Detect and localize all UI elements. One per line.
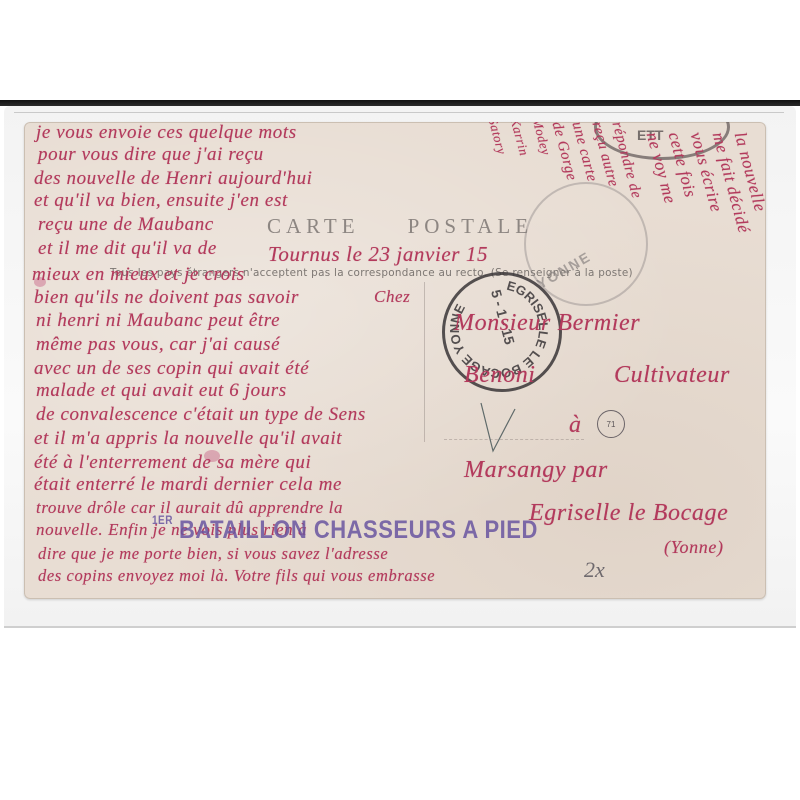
printed-title-carte: CARTE bbox=[267, 214, 360, 238]
regiment-stamp-text: BATAILLON CHASSEURS A PIED bbox=[179, 515, 538, 544]
dateline: Tournus le 23 janvier 15 bbox=[268, 242, 488, 267]
side-note-line: Karrin bbox=[507, 122, 533, 158]
message-line: ni henri ni Maubanc peut être bbox=[36, 310, 280, 332]
message-line: je vous envoie ces quelque mots bbox=[36, 122, 297, 144]
address-department: (Yonne) bbox=[664, 537, 724, 558]
message-line: était enterré le mardi dernier cela me bbox=[34, 474, 342, 496]
address-name: Monsieur Bermier bbox=[454, 310, 640, 337]
side-note-line: Satory bbox=[485, 122, 510, 156]
address-town: Marsangy par bbox=[464, 457, 608, 484]
address-prefix: Chez bbox=[374, 287, 410, 307]
message-line: des nouvelle de Henri aujourd'hui bbox=[34, 168, 313, 190]
message-line: pour vous dire que j'ai reçu bbox=[38, 144, 264, 166]
regiment-stamp: 1ERBATAILLON CHASSEURS A PIED bbox=[152, 515, 538, 545]
message-line: de convalescence c'était un type de Sens bbox=[36, 404, 366, 426]
message-line: été à l'enterrement de sa mère qui bbox=[34, 452, 311, 474]
message-line: avec un de ses copin qui avait été bbox=[34, 358, 309, 380]
pencil-check-mark bbox=[479, 397, 519, 457]
regiment-stamp-superscript: 1ER bbox=[152, 515, 173, 528]
printed-title: CARTEPOSTALE bbox=[267, 214, 533, 239]
address-first-name: Benoni bbox=[464, 362, 536, 389]
message-line: malade et qui avait eut 6 jours bbox=[36, 380, 287, 402]
ink-blot bbox=[34, 277, 46, 287]
address-district: Egriselle le Bocage bbox=[529, 500, 728, 527]
message-line: reçu une de Maubanc bbox=[38, 214, 214, 236]
circled-number: 71 bbox=[597, 410, 625, 438]
pencil-note: 2x bbox=[584, 557, 605, 583]
message-line: dire que je me porte bien, si vous savez… bbox=[38, 544, 388, 564]
message-line: et il me dit qu'il va de bbox=[38, 238, 217, 260]
ink-blot bbox=[204, 450, 220, 462]
postcard-back: YONNE ETT CARTEPOSTALE Tous les pays étr… bbox=[24, 122, 766, 599]
printed-title-postale: POSTALE bbox=[408, 214, 534, 238]
sleeve-fold-line bbox=[14, 112, 784, 113]
message-line: même pas vous, car j'ai causé bbox=[36, 334, 280, 356]
address-to: à bbox=[569, 412, 582, 439]
message-line: et il m'a appris la nouvelle qu'il avait bbox=[34, 428, 342, 450]
message-line: et qu'il va bien, ensuite j'en est bbox=[34, 190, 288, 212]
message-line: des copins envoyez moi là. Votre fils qu… bbox=[38, 566, 435, 586]
message-line: bien qu'ils ne doivent pas savoir bbox=[34, 287, 299, 309]
address-occupation: Cultivateur bbox=[614, 362, 730, 389]
address-divider bbox=[424, 282, 425, 442]
message-line: mieux en mieux et je crois bbox=[32, 264, 245, 286]
